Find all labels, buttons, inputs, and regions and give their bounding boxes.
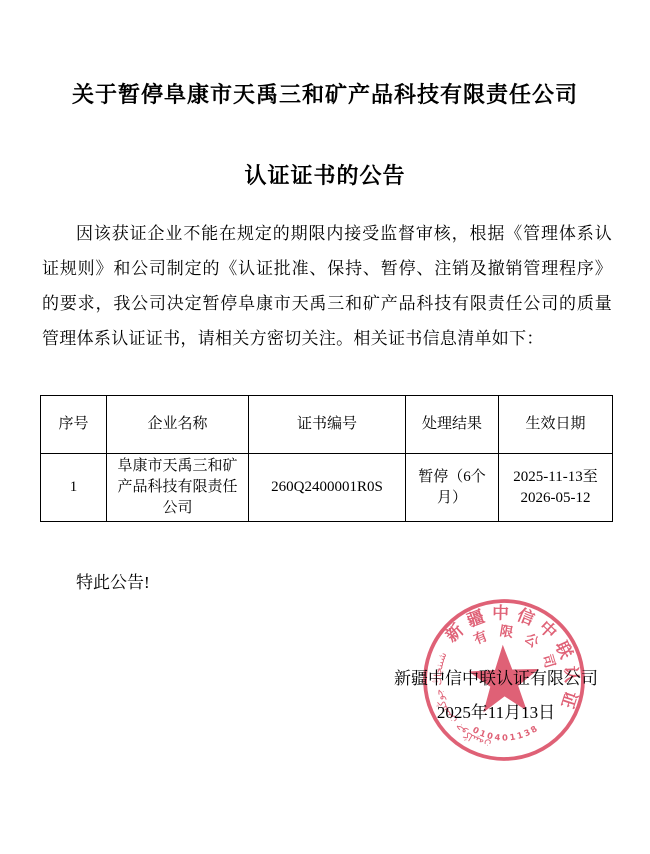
table-header-cell: 处理结果	[406, 396, 499, 454]
certificate-table: 序号企业名称证书编号处理结果生效日期 1阜康市天禹三和矿产品科技有限责任公司26…	[40, 395, 613, 522]
table-header-cell: 生效日期	[499, 396, 613, 454]
table-header-cell: 序号	[41, 396, 107, 454]
table-cell: 1	[41, 454, 107, 522]
issuer-name: 新疆中信中联认证有限公司	[394, 668, 598, 690]
signature-block: 新疆中信中联认证有限公司 2025年11月13日	[394, 668, 598, 724]
table-cell: 阜康市天禹三和矿产品科技有限责任公司	[107, 454, 249, 522]
announcement-page: 关于暂停阜康市天禹三和矿产品科技有限责任公司 认证证书的公告 因该获证企业不能在…	[0, 0, 650, 854]
table-header-cell: 证书编号	[249, 396, 406, 454]
closing-statement: 特此公告!	[76, 568, 650, 593]
table-cell: 2025-11-13至2026-05-12	[499, 454, 613, 522]
table-row: 1阜康市天禹三和矿产品科技有限责任公司260Q2400001R0S暂停（6个月）…	[41, 454, 613, 522]
body-paragraph: 因该获证企业不能在规定的期限内接受监督审核，根据《管理体系认证规则》和公司制定的…	[42, 216, 612, 356]
title-line-2: 认证证书的公告	[0, 159, 650, 190]
table-header-cell: 企业名称	[107, 396, 249, 454]
issue-date: 2025年11月13日	[394, 702, 598, 724]
table-body: 1阜康市天禹三和矿产品科技有限责任公司260Q2400001R0S暂停（6个月）…	[41, 454, 613, 522]
title-line-1: 关于暂停阜康市天禹三和矿产品科技有限责任公司	[0, 0, 650, 109]
table-cell: 暂停（6个月）	[406, 454, 499, 522]
table-header-row: 序号企业名称证书编号处理结果生效日期	[41, 396, 613, 454]
table-cell: 260Q2400001R0S	[249, 454, 406, 522]
